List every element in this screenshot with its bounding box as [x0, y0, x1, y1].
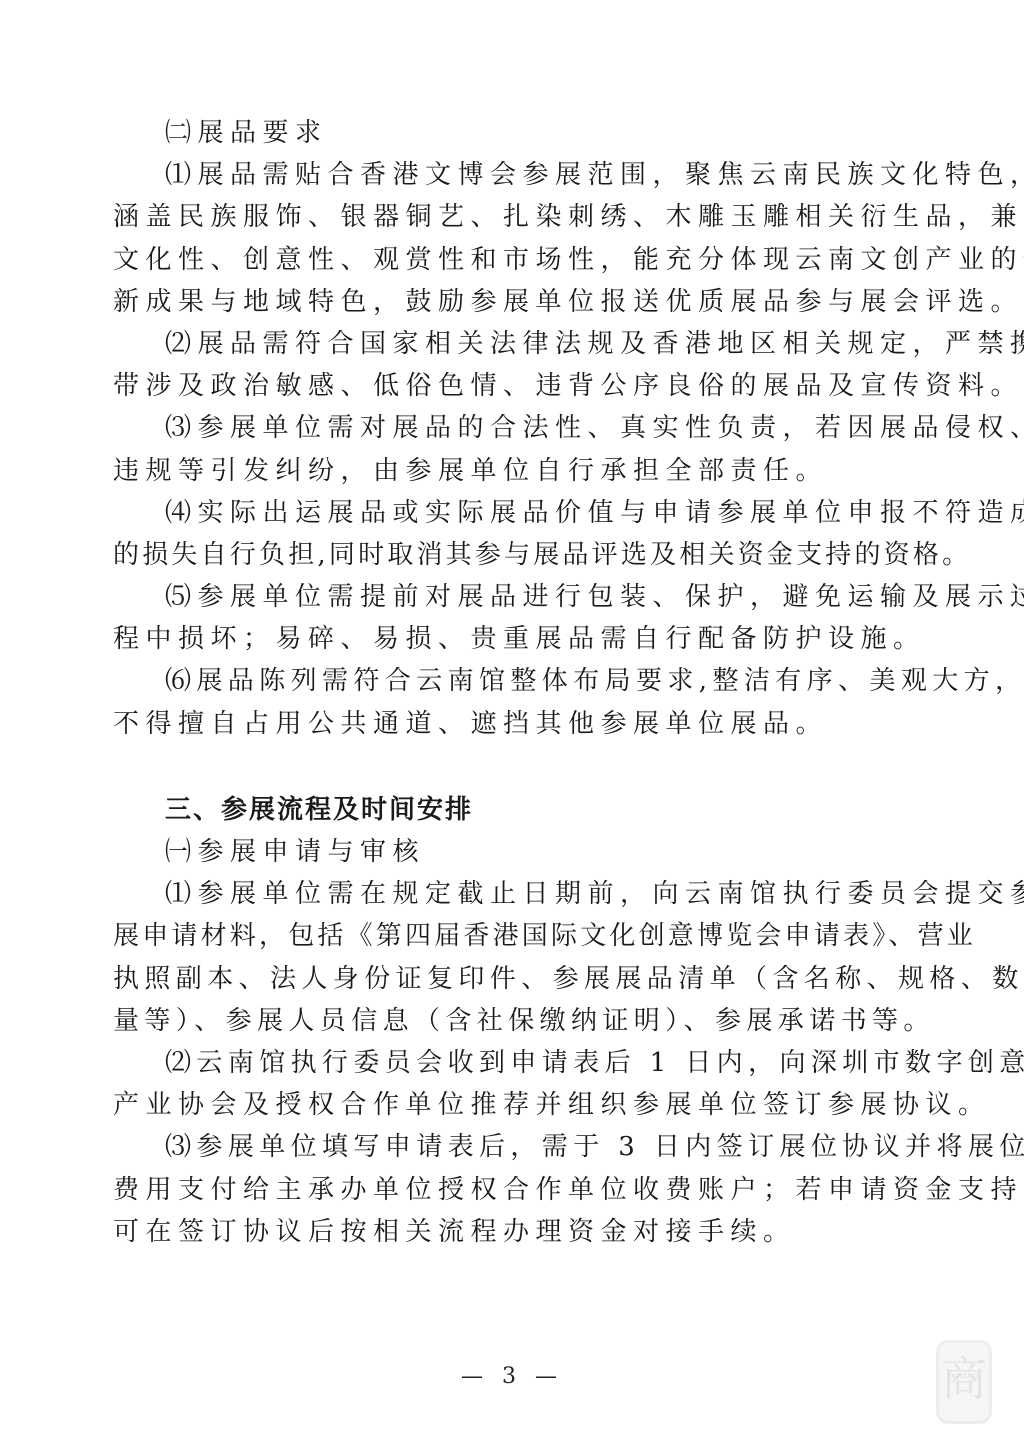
paragraph-line: 违规等引发纠纷，由参展单位自行承担全部责任。: [113, 450, 909, 492]
paragraph-item-1: ⑴展品需贴合香港文博会参展范围，聚焦云南民族文化特色， 涵盖民族服饰、银器铜艺、…: [113, 154, 909, 323]
paragraph-line: 可在签订协议后按相关流程办理资金对接手续。: [113, 1211, 909, 1253]
chapter-heading-process-schedule: 三、参展流程及时间安排: [113, 789, 909, 831]
paragraph-item-5: ⑸参展单位需提前对展品进行包装、保护，避免运输及展示过 程中损坏；易碎、易损、贵…: [113, 576, 909, 660]
paragraph-line: 不得擅自占用公共通道、遮挡其他参展单位展品。: [113, 703, 909, 745]
paragraph-item-6: ⑹展品陈列需符合云南馆整体布局要求,整洁有序、美观大方， 不得擅自占用公共通道、…: [113, 660, 909, 744]
document-page: ㈡展品要求 ⑴展品需贴合香港文博会参展范围，聚焦云南民族文化特色， 涵盖民族服饰…: [113, 112, 909, 1253]
paragraph-line: ⑵云南馆执行委员会收到申请表后 1 日内，向深圳市数字创意: [113, 1042, 909, 1084]
paragraph-item-2: ⑵展品需符合国家相关法律法规及香港地区相关规定，严禁携 带涉及政治敏感、低俗色情…: [113, 323, 909, 407]
paragraph-item-2: ⑵云南馆执行委员会收到申请表后 1 日内，向深圳市数字创意 产业协会及授权合作单…: [113, 1042, 909, 1126]
paragraph-line: ⑷实际出运展品或实际展品价值与申请参展单位申报不符造成: [113, 492, 909, 534]
paragraph-line: ⑴参展单位需在规定截止日期前，向云南馆执行委员会提交参: [113, 873, 909, 915]
paragraph-item-3: ⑶参展单位填写申请表后，需于 3 日内签订展位协议并将展位 费用支付给主承办单位…: [113, 1126, 909, 1253]
paragraph-line: 涵盖民族服饰、银器铜艺、扎染刺绣、木雕玉雕相关衍生品，兼具: [113, 196, 909, 238]
paragraph-line: 产业协会及授权合作单位推荐并组织参展单位签订参展协议。: [113, 1084, 909, 1126]
paragraph-line: 新成果与地域特色，鼓励参展单位报送优质展品参与展会评选。: [113, 281, 909, 323]
paragraph-line: ⑶参展单位需对展品的合法性、真实性负责，若因展品侵权、: [113, 407, 909, 449]
paragraph-item-3: ⑶参展单位需对展品的合法性、真实性负责，若因展品侵权、 违规等引发纠纷，由参展单…: [113, 407, 909, 491]
paragraph-line: 费用支付给主承办单位授权合作单位收费账户；若申请资金支持，: [113, 1169, 909, 1211]
paragraph-line: ⑶参展单位填写申请表后，需于 3 日内签订展位协议并将展位: [113, 1126, 909, 1168]
watermark-text: YN21ST.CN: [939, 1373, 989, 1380]
section-gap: [113, 745, 909, 789]
paragraph-line: 展申请材料，包括《第四届香港国际文化创意博览会申请表》、营业: [113, 915, 909, 957]
section-heading-exhibit-requirements: ㈡展品要求: [113, 112, 909, 154]
paragraph-line: 带涉及政治敏感、低俗色情、违背公序良俗的展品及宣传资料。: [113, 365, 909, 407]
paragraph-line: ⑴展品需贴合香港文博会参展范围，聚焦云南民族文化特色，: [113, 154, 909, 196]
paragraph-item-1: ⑴参展单位需在规定截止日期前，向云南馆执行委员会提交参 展申请材料，包括《第四届…: [113, 873, 909, 1042]
paragraph-line: ⑸参展单位需提前对展品进行包装、保护，避免运输及展示过: [113, 576, 909, 618]
paragraph-line: 执照副本、法人身份证复印件、参展展品清单（含名称、规格、数: [113, 958, 909, 1000]
paragraph-line: 程中损坏；易碎、易损、贵重展品需自行配备防护设施。: [113, 618, 909, 660]
paragraph-line: ⑵展品需符合国家相关法律法规及香港地区相关规定，严禁携: [113, 323, 909, 365]
page-number: — 3 —: [0, 1364, 1024, 1389]
paragraph-line: 量等）、参展人员信息（含社保缴纳证明）、参展承诺书等。: [113, 1000, 909, 1042]
paragraph-line: 的损失自行负担,同时取消其参与展品评选及相关资金支持的资格。: [113, 534, 909, 576]
subsection-heading-application-review: ㈠参展申请与审核: [113, 831, 909, 873]
paragraph-line: ⑹展品陈列需符合云南馆整体布局要求,整洁有序、美观大方，: [113, 660, 909, 702]
paragraph-line: 文化性、创意性、观赏性和市场性，能充分体现云南文创产业的创: [113, 239, 909, 281]
watermark-logo: 商 YN21ST.CN: [936, 1340, 992, 1424]
paragraph-item-4: ⑷实际出运展品或实际展品价值与申请参展单位申报不符造成 的损失自行负担,同时取消…: [113, 492, 909, 576]
